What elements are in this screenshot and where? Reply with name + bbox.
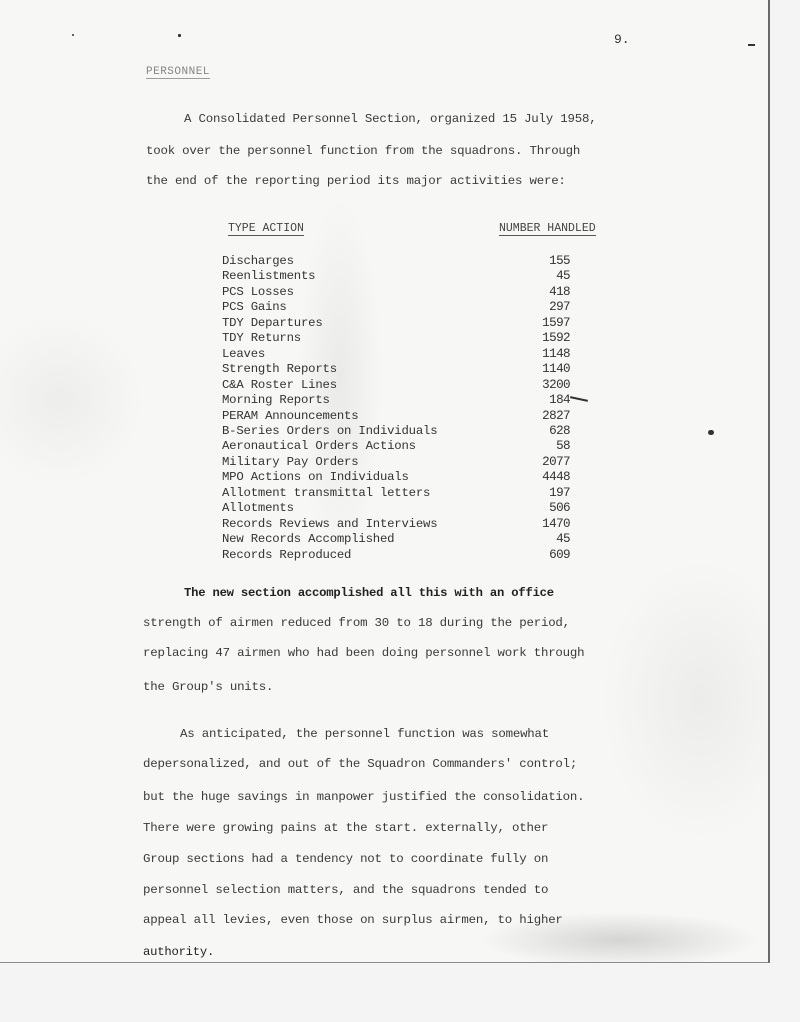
text-line: appeal all levies, even those on surplus… xyxy=(143,913,563,927)
table-row: Allotments506 xyxy=(222,501,582,516)
table-row: Military Pay Orders2077 xyxy=(222,455,582,470)
action-type: New Records Accomplished xyxy=(222,532,394,547)
table-row: PERAM Announcements2827 xyxy=(222,409,582,424)
table-row: Leaves1148 xyxy=(222,347,582,362)
text-line: Group sections had a tendency not to coo… xyxy=(143,852,548,866)
action-type: Aeronautical Orders Actions xyxy=(222,439,416,454)
action-type: Leaves xyxy=(222,347,265,362)
ink-speck xyxy=(708,430,714,435)
action-type: PCS Gains xyxy=(222,300,287,315)
table-row: Allotment transmittal letters197 xyxy=(222,486,582,501)
table-row: PCS Gains297 xyxy=(222,300,582,315)
section-heading: PERSONNEL xyxy=(146,66,210,79)
action-type: PERAM Announcements xyxy=(222,409,358,424)
action-type: MPO Actions on Individuals xyxy=(222,470,409,485)
number-handled: 2827 xyxy=(542,409,570,424)
number-handled: 1148 xyxy=(542,347,570,362)
text-line: took over the personnel function from th… xyxy=(146,144,580,158)
number-handled: 628 xyxy=(549,424,570,439)
text-line: replacing 47 airmen who had been doing p… xyxy=(143,646,584,660)
action-type: TDY Returns xyxy=(222,331,301,346)
table-row: C&A Roster Lines3200 xyxy=(222,378,582,393)
table-row: Morning Reports184 xyxy=(222,393,582,408)
text-line: the end of the reporting period its majo… xyxy=(146,174,566,188)
action-type: Allotment transmittal letters xyxy=(222,486,430,501)
action-type: Allotments xyxy=(222,501,294,516)
number-handled: 506 xyxy=(549,501,570,516)
number-handled: 1470 xyxy=(542,517,570,532)
table-row: Records Reviews and Interviews1470 xyxy=(222,517,582,532)
table-row: MPO Actions on Individuals4448 xyxy=(222,470,582,485)
action-type: Reenlistments xyxy=(222,269,315,284)
text-line: As anticipated, the personnel function w… xyxy=(180,727,549,741)
action-type: Records Reviews and Interviews xyxy=(222,517,437,532)
number-handled: 297 xyxy=(549,300,570,315)
number-handled: 1140 xyxy=(542,362,570,377)
number-handled: 1597 xyxy=(542,316,570,331)
action-type: Strength Reports xyxy=(222,362,337,377)
text-line: the Group's units. xyxy=(143,680,273,694)
number-handled: 155 xyxy=(549,254,570,269)
action-type: Discharges xyxy=(222,254,294,269)
text-line: personnel selection matters, and the squ… xyxy=(143,883,548,897)
ink-speck xyxy=(72,34,74,36)
action-type: Records Reproduced xyxy=(222,548,351,563)
table-row: Aeronautical Orders Actions58 xyxy=(222,439,582,454)
text-line: depersonalized, and out of the Squadron … xyxy=(143,757,577,771)
table-row: Reenlistments45 xyxy=(222,269,582,284)
ink-speck xyxy=(178,34,181,37)
table-row: Discharges155 xyxy=(222,254,582,269)
table-row: Strength Reports1140 xyxy=(222,362,582,377)
document-page: 9. PERSONNEL A Consolidated Personnel Se… xyxy=(0,0,770,963)
text-line: strength of airmen reduced from 30 to 18… xyxy=(143,616,570,630)
table-row: TDY Departures1597 xyxy=(222,316,582,331)
number-handled: 2077 xyxy=(542,455,570,470)
column-header-number-handled: NUMBER HANDLED xyxy=(499,222,596,236)
table-row: TDY Returns1592 xyxy=(222,331,582,346)
number-handled: 45 xyxy=(556,269,570,284)
number-handled: 45 xyxy=(556,532,570,547)
ink-mark xyxy=(748,44,755,46)
action-type: PCS Losses xyxy=(222,285,294,300)
number-handled: 58 xyxy=(556,439,570,454)
action-type: B-Series Orders on Individuals xyxy=(222,424,437,439)
table-row: B-Series Orders on Individuals628 xyxy=(222,424,582,439)
table-row: Records Reproduced609 xyxy=(222,548,582,563)
page-number: 9. xyxy=(614,32,630,47)
number-handled: 418 xyxy=(549,285,570,300)
text-line: authority. xyxy=(143,945,214,959)
number-handled: 1592 xyxy=(542,331,570,346)
table-row: PCS Losses418 xyxy=(222,285,582,300)
number-handled: 3200 xyxy=(542,378,570,393)
number-handled: 197 xyxy=(549,486,570,501)
number-handled: 609 xyxy=(549,548,570,563)
action-type: C&A Roster Lines xyxy=(222,378,337,393)
action-type: Military Pay Orders xyxy=(222,455,358,470)
text-line: The new section accomplished all this wi… xyxy=(184,586,554,600)
table-row: New Records Accomplished45 xyxy=(222,532,582,547)
column-header-type-action: TYPE ACTION xyxy=(228,222,304,236)
action-type: Morning Reports xyxy=(222,393,330,408)
text-line: but the huge savings in manpower justifi… xyxy=(143,790,584,804)
text-line: There were growing pains at the start. e… xyxy=(143,821,548,835)
number-handled: 4448 xyxy=(542,470,570,485)
text-line: A Consolidated Personnel Section, organi… xyxy=(184,112,596,126)
number-handled: 184 xyxy=(549,393,570,408)
action-type: TDY Departures xyxy=(222,316,323,331)
